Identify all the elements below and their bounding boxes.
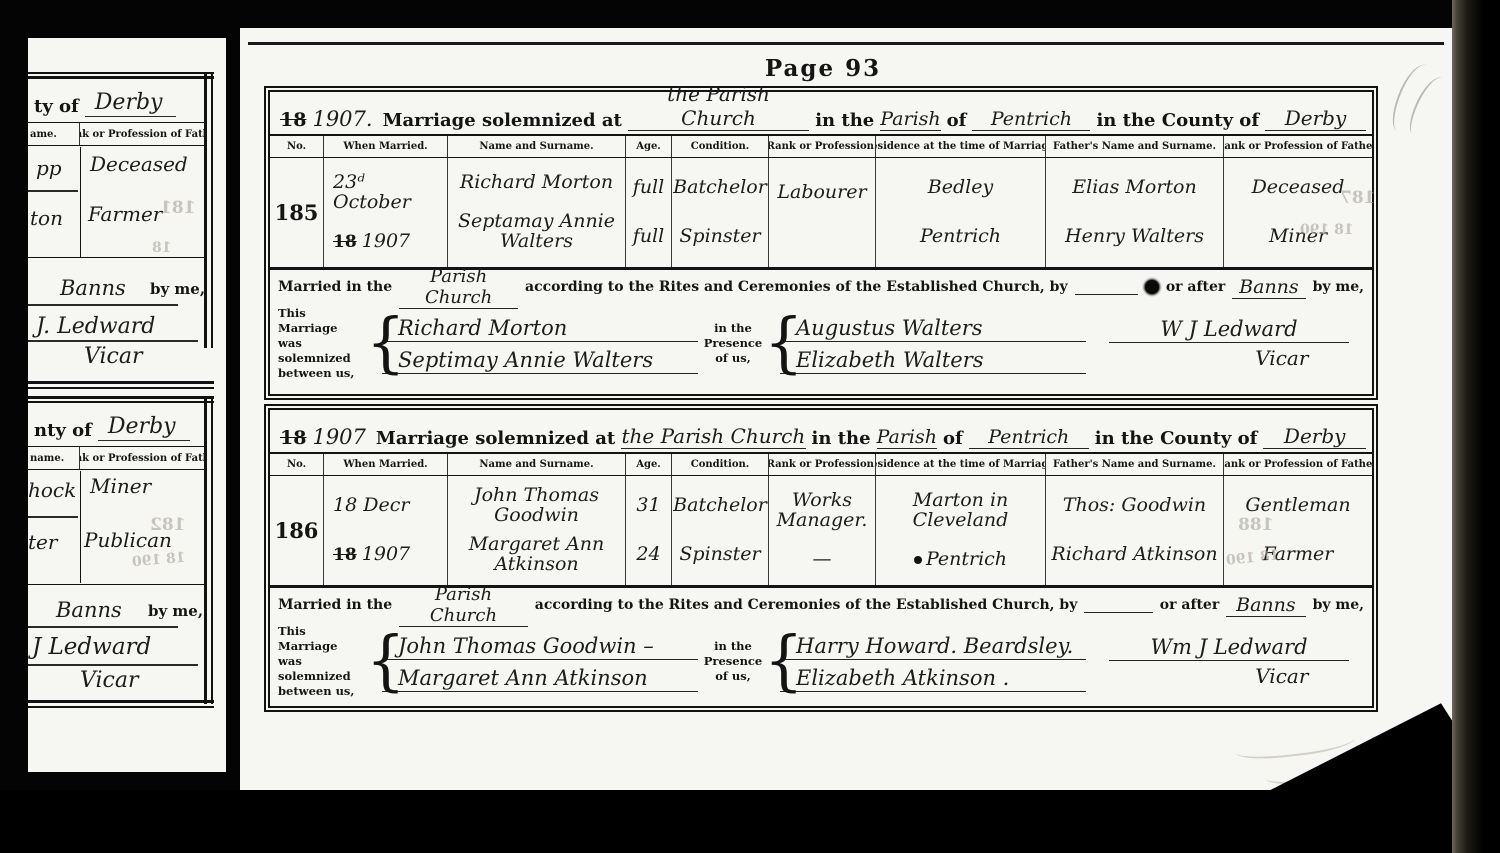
written-year: 1907 — [362, 543, 410, 565]
father-rank-entry: Miner — [90, 474, 151, 498]
groom-condition: Batchelor — [673, 178, 767, 198]
right-brace: { — [764, 316, 780, 371]
this-marriage-label: This Marriage was solemnized between us, — [278, 306, 366, 381]
label-line: Presence — [702, 654, 764, 669]
bride-father: Henry Walters — [1065, 227, 1204, 247]
vicar-title: Vicar — [84, 344, 143, 369]
column-header-name: Name and Surname. — [448, 454, 626, 475]
written-year: 1907. — [312, 107, 372, 131]
of-label: of — [943, 428, 963, 449]
left-partial-page: ty of Derby ame. Rank or Profession of F… — [28, 38, 226, 772]
cut-signature: hock — [28, 478, 76, 502]
left-brace: { — [366, 316, 382, 371]
page-top-edge — [248, 42, 1444, 45]
written-year: 1907 — [312, 425, 365, 449]
county-label: in the County of — [1096, 110, 1259, 131]
married-in-label: Married in the — [278, 279, 392, 295]
officiant-title: Vicar — [1196, 664, 1368, 688]
column-header-father-rank: Rank or Profession of Father. — [1224, 136, 1372, 157]
cut-signature: ter — [28, 530, 57, 554]
column-header-condition: Condition. — [672, 454, 769, 475]
rule-line — [28, 396, 214, 399]
right-brace: { — [764, 634, 780, 689]
cell-names: John Thomas Goodwin Margaret Ann Atkinso… — [448, 476, 626, 585]
label-line: This Marriage — [278, 624, 366, 654]
left-brace: { — [366, 634, 382, 689]
groom-age: full — [633, 178, 664, 198]
record-row: 185 23ᵈ October 18 1907 Richard Morton S… — [270, 158, 1372, 270]
in-the-label: in the — [815, 110, 874, 131]
printed-18: 18 — [333, 545, 357, 565]
married-in-place: Parish Church — [399, 266, 518, 309]
rule-line — [28, 401, 214, 403]
county-label-cut: ty of — [34, 96, 79, 117]
rule-line — [28, 304, 178, 306]
rule-line — [28, 72, 214, 74]
scanned-register-page: ty of Derby ame. Rank or Profession of F… — [0, 0, 1500, 853]
bride-residence-text: Pentrich — [926, 548, 1007, 570]
cell-fathers: Thos: Goodwin Richard Atkinson — [1046, 476, 1224, 585]
left-column-headers: name. Rank or Profession of Father. — [28, 446, 204, 470]
rule-line — [28, 626, 178, 628]
vicar-title: Vicar — [80, 668, 139, 693]
married-in-place: Parish Church — [399, 584, 528, 627]
left-column-headers: ame. Rank or Profession of Father. — [28, 122, 204, 146]
marriage-date: 23ᵈ October — [333, 173, 445, 213]
column-header-row: No. When Married. Name and Surname. Age.… — [270, 134, 1372, 158]
bride-age: full — [633, 227, 664, 247]
witness-signatures: Augustus Walters Elizabeth Walters — [780, 310, 1090, 376]
label-line: was solemnized — [278, 336, 366, 366]
column-header-father-rank: Rank or Profession of Father. — [80, 123, 204, 145]
cut-signature: pp — [36, 156, 62, 180]
vicar-signature: J Ledward — [32, 634, 151, 660]
bride-name: Margaret Ann Atkinson — [450, 535, 623, 575]
solemnized-at-label: Marriage solemnized at — [376, 428, 615, 449]
rule-line — [80, 147, 81, 257]
cell-when-married: 18 Decr 18 1907 — [324, 476, 448, 585]
marriage-year: 18 1907 — [333, 545, 410, 565]
groom-age: 31 — [636, 496, 660, 516]
rule-line — [28, 516, 78, 518]
column-header-father: Father's Name and Surname. — [1046, 136, 1224, 157]
groom-father-rank: Deceased — [1252, 178, 1345, 198]
presence-label: in the Presence of us, — [702, 639, 764, 684]
cell-entry-number: 185 — [270, 158, 324, 267]
scan-black-band — [0, 790, 1500, 853]
rule-line — [28, 381, 214, 384]
entry-header: 18 1907. Marriage solemnized at the Pari… — [270, 92, 1372, 134]
or-after-label: or after — [1166, 279, 1225, 295]
witness-1-signature: Augustus Walters — [780, 316, 1086, 342]
main-register-page: Page 93 18 1907. Marriage solemnized at … — [240, 28, 1452, 790]
label-line: was solemnized — [278, 654, 366, 684]
presence-label: in the Presence of us, — [702, 321, 764, 366]
rule-line — [28, 257, 204, 258]
label-line: of us, — [702, 669, 764, 684]
cell-residences: Bedley Pentrich — [876, 158, 1046, 267]
father-rank-entry: Farmer — [88, 202, 162, 226]
column-header-condition: Condition. — [672, 136, 769, 157]
groom-name: Richard Morton — [460, 173, 613, 193]
cell-when-married: 23ᵈ October 18 1907 — [324, 158, 448, 267]
bride-signature: Septimay Annie Walters — [382, 348, 698, 374]
column-header-residence: Residence at the time of Marriage. — [876, 454, 1046, 475]
rites-label: according to the Rites and Ceremonies of… — [535, 597, 1078, 613]
groom-father: Elias Morton — [1072, 178, 1196, 198]
column-header-no: No. — [270, 454, 324, 475]
officiant-block: W J Ledward Vicar — [1090, 317, 1368, 370]
groom-father: Thos: Goodwin — [1063, 496, 1206, 516]
entry-header: 18 1907 Marriage solemnized at the Paris… — [270, 410, 1372, 452]
column-header-no: No. — [270, 136, 324, 157]
cell-conditions: Batchelor Spinster — [672, 158, 769, 267]
witness-1-signature: Harry Howard. Beardsley. — [780, 634, 1086, 660]
cell-ranks: Labourer — [769, 158, 876, 267]
groom-residence: Bedley — [928, 178, 993, 198]
solemnized-block: This Marriage was solemnized between us,… — [270, 622, 1372, 705]
cell-names: Richard Morton Septamay Annie Walters — [448, 158, 626, 267]
column-header-rank: Rank or Profession. — [769, 454, 876, 475]
label-line: in the — [702, 321, 764, 336]
bride-age: 24 — [636, 545, 660, 565]
cell-ages: full full — [626, 158, 672, 267]
cell-ages: 31 24 — [626, 476, 672, 585]
county-value: Derby — [98, 414, 190, 441]
bleed-through-number: 18 — [152, 240, 171, 256]
printed-year-prefix: 18 — [280, 109, 306, 131]
witness-signatures: Harry Howard. Beardsley. Elizabeth Atkin… — [780, 628, 1090, 694]
church-name: the Parish Church — [628, 82, 809, 131]
printed-year-prefix: 18 — [280, 427, 306, 449]
father-rank-entry: Deceased — [90, 152, 188, 176]
this-marriage-label: This Marriage was solemnized between us, — [278, 624, 366, 699]
bride-signature: Margaret Ann Atkinson — [382, 666, 698, 692]
parish-word: Parish — [877, 426, 937, 449]
by-me-label: by me, — [150, 280, 205, 298]
by-blank — [1084, 597, 1152, 613]
bride-rank: — — [813, 550, 832, 570]
county-name: Derby — [1265, 106, 1366, 131]
bride-residence: Pentrich — [914, 550, 1007, 570]
rule-line — [28, 340, 198, 342]
banns-entry: Banns — [1226, 594, 1305, 617]
groom-rank: Labourer — [777, 183, 866, 203]
groom-name: John Thomas Goodwin — [450, 486, 623, 526]
officiant-block: Wm J Ledward Vicar — [1090, 635, 1368, 688]
column-header-cut: name. — [28, 447, 80, 469]
label-line: between us, — [278, 366, 366, 381]
column-header-residence: Residence at the time of Marriage. — [876, 136, 1046, 157]
column-header-rank: Rank or Profession. — [769, 136, 876, 157]
parish-name: Pentrich — [972, 108, 1090, 131]
by-blank — [1075, 279, 1138, 295]
or-after-label: or after — [1160, 597, 1219, 613]
bride-name: Septamay Annie Walters — [450, 212, 623, 252]
rites-label: according to the Rites and Ceremonies of… — [525, 279, 1068, 295]
groom-signature: Richard Morton — [382, 316, 698, 342]
banns-entry: Banns — [1232, 276, 1305, 299]
vicar-signature: J. Ledward — [36, 314, 155, 339]
marriage-year: 18 1907 — [333, 232, 410, 252]
column-header-row: No. When Married. Name and Surname. Age.… — [270, 452, 1372, 476]
rule-line — [80, 471, 81, 583]
ink-blot — [1145, 280, 1159, 294]
book-edge — [1452, 0, 1500, 853]
column-header-father-rank: Rank or Profession of Father. — [1224, 454, 1372, 475]
rule-line — [28, 700, 214, 703]
groom-residence: Marton in Cleveland — [878, 491, 1043, 531]
rule-line — [28, 76, 214, 79]
cell-conditions: Batchelor Spinster — [672, 476, 769, 585]
witness-2-signature: Elizabeth Walters — [780, 348, 1086, 374]
rule-line — [28, 387, 214, 389]
rule-line — [28, 584, 204, 585]
left-county-line: nty of Derby — [34, 414, 190, 441]
column-header-father: Father's Name and Surname. — [1046, 454, 1224, 475]
solemnized-at-label: Marriage solemnized at — [383, 110, 622, 131]
county-label-cut: nty of — [34, 420, 92, 441]
county-label: in the County of — [1095, 428, 1258, 449]
marriage-entry-186: 18 1907 Marriage solemnized at the Paris… — [268, 408, 1374, 708]
rule-line — [28, 190, 78, 192]
cell-ranks: Works Manager. — — [769, 476, 876, 585]
groom-rank: Works Manager. — [771, 491, 873, 531]
banns-entry: Banns — [60, 276, 126, 300]
cell-father-ranks: Deceased Miner — [1224, 158, 1372, 267]
by-me-label: by me, — [148, 602, 203, 620]
officiant-signature: Wm J Ledward — [1109, 635, 1348, 661]
cell-residences: Marton in Cleveland Pentrich — [876, 476, 1046, 585]
rule-line — [204, 72, 207, 348]
parish-word: Parish — [880, 108, 940, 131]
rule-line — [211, 396, 213, 704]
by-me-label: by me, — [1313, 279, 1364, 295]
column-header-father-rank: Rank or Profession of Father. — [80, 447, 204, 469]
column-header-when-married: When Married. — [324, 454, 448, 475]
of-label: of — [947, 110, 967, 131]
marriage-date: 18 Decr — [333, 496, 409, 516]
record-row: 186 18 Decr 18 1907 John Thomas Goodwin … — [270, 476, 1372, 588]
label-line: of us, — [702, 351, 764, 366]
column-header-cut: ame. — [28, 123, 80, 145]
in-the-label: in the — [812, 428, 871, 449]
groom-signature: John Thomas Goodwin – — [382, 634, 698, 660]
cell-fathers: Elias Morton Henry Walters — [1046, 158, 1224, 267]
rule-line — [28, 664, 198, 666]
column-header-when-married: When Married. — [324, 136, 448, 157]
county-value: Derby — [85, 90, 177, 117]
written-year: 1907 — [362, 230, 410, 252]
label-line: This Marriage — [278, 306, 366, 336]
bleed-through-number: 187 — [1340, 188, 1376, 208]
printed-18: 18 — [333, 232, 357, 252]
bride-condition: Spinster — [679, 227, 760, 247]
rule-line — [204, 396, 207, 704]
parish-name: Pentrich — [969, 426, 1089, 449]
witness-2-signature: Elizabeth Atkinson . — [780, 666, 1086, 692]
rule-line — [211, 72, 213, 348]
married-in-label: Married in the — [278, 597, 392, 613]
ink-blot-small — [914, 556, 922, 564]
label-line: Presence — [702, 336, 764, 351]
column-header-name: Name and Surname. — [448, 136, 626, 157]
officiant-signature: W J Ledward — [1109, 317, 1348, 343]
bleed-through-number: 188 — [1238, 515, 1274, 535]
bride-residence: Pentrich — [920, 227, 1001, 247]
groom-condition: Batchelor — [673, 496, 767, 516]
parties-signatures: John Thomas Goodwin – Margaret Ann Atkin… — [382, 628, 702, 694]
by-me-label: by me, — [1313, 597, 1364, 613]
column-header-age: Age. — [626, 136, 672, 157]
cell-entry-number: 186 — [270, 476, 324, 585]
label-line: in the — [702, 639, 764, 654]
column-header-age: Age. — [626, 454, 672, 475]
rule-line — [28, 706, 214, 708]
officiant-title: Vicar — [1196, 346, 1368, 370]
county-name: Derby — [1263, 424, 1366, 449]
cut-signature: ton — [30, 206, 63, 230]
groom-father-rank: Gentleman — [1245, 496, 1350, 516]
solemnized-block: This Marriage was solemnized between us,… — [270, 304, 1372, 387]
bride-condition: Spinster — [679, 545, 760, 565]
married-in-line: Married in the Parish Church according t… — [270, 588, 1372, 622]
bride-father: Richard Atkinson — [1051, 545, 1217, 565]
bleed-through-number: 181 — [160, 198, 196, 218]
bleed-through-number: 18 190 — [1300, 222, 1354, 238]
label-line: between us, — [278, 684, 366, 699]
bleed-through-number: 182 — [150, 515, 186, 535]
church-name: the Parish Church — [621, 424, 805, 449]
banns-entry: Banns — [56, 598, 122, 622]
parties-signatures: Richard Morton Septimay Annie Walters — [382, 310, 702, 376]
marriage-entry-185: 18 1907. Marriage solemnized at the Pari… — [268, 90, 1374, 396]
married-in-line: Married in the Parish Church according t… — [270, 270, 1372, 304]
page-number: Page 93 — [240, 55, 1406, 82]
left-county-line: ty of Derby — [34, 90, 176, 117]
